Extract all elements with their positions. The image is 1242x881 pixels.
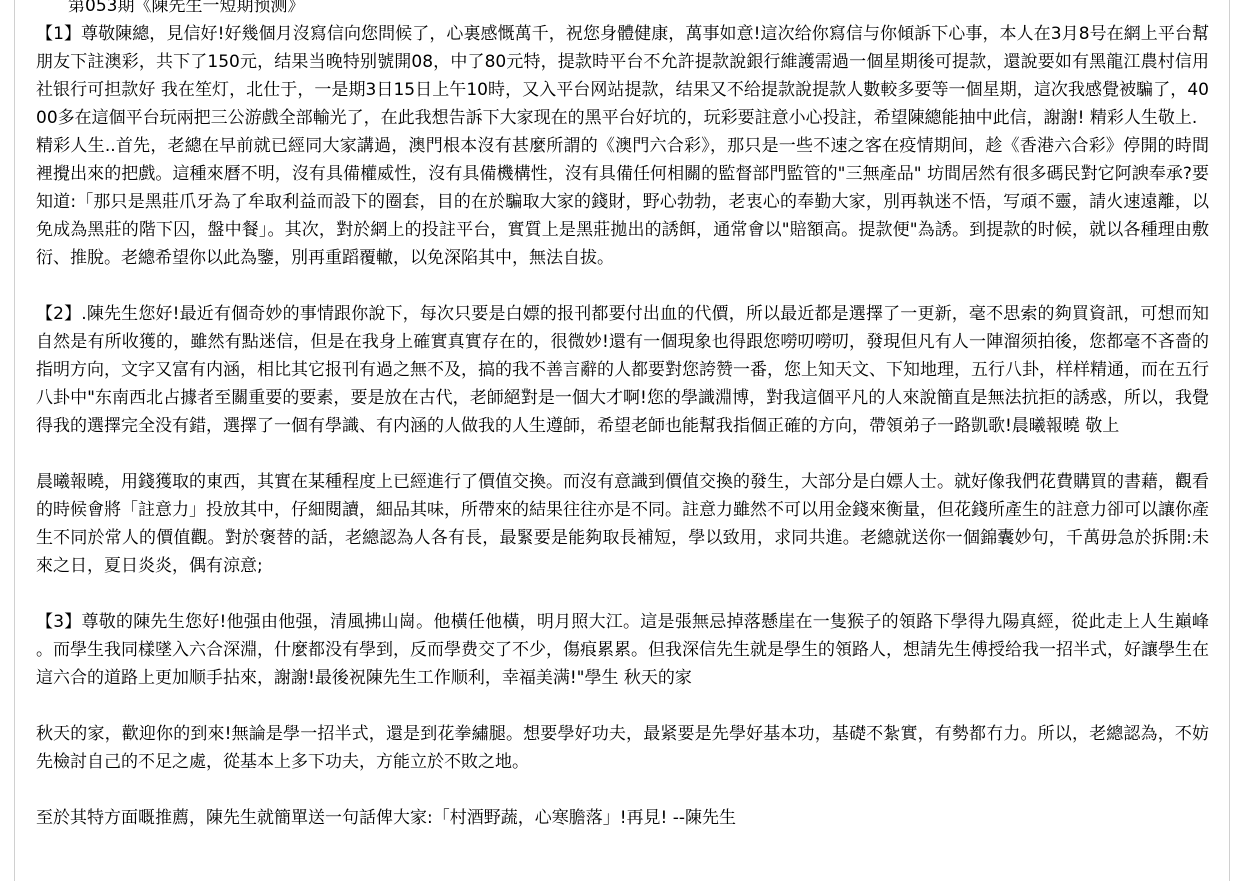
prediction-column-page: 第053期《陳先生一短期预测》 【1】尊敬陳總，見信好!好幾個月沒寫信向您問候了… <box>0 0 1242 881</box>
editor-reply-1: 精彩人生..首先，老總在早前就已經同大家講過，澳門根本沒有甚麼所謂的《澳門六合彩… <box>36 132 1209 272</box>
editor-reply-2: 晨曦報曉，用錢獲取的東西，其實在某種程度上已經進行了價值交換。而沒有意識到價值交… <box>36 468 1209 580</box>
issue-title: 第053期《陳先生一短期预测》 <box>36 0 1209 20</box>
reader-letter-1: 【1】尊敬陳總，見信好!好幾個月沒寫信向您問候了，心裏感慨萬千，祝您身體健康，萬… <box>36 20 1209 132</box>
letters-text-flow: 第053期《陳先生一短期预测》 【1】尊敬陳總，見信好!好幾個月沒寫信向您問候了… <box>36 0 1209 832</box>
closing-line: 至於其特方面嘅推薦，陳先生就簡單送一句話俾大家:「村酒野蔬，心寒膽落」!再見! … <box>36 804 1209 832</box>
editor-reply-3: 秋天的家，歡迎你的到來!無論是學一招半式，還是到花拳繡腿。想要學好功夫，最紧要是… <box>36 720 1209 776</box>
reader-letter-2: 【2】.陳先生您好!最近有個奇妙的事情跟你說下，每次只要是白嫖的报刊都要付出血的… <box>36 300 1209 440</box>
content-column: 第053期《陳先生一短期预测》 【1】尊敬陳總，見信好!好幾個月沒寫信向您問候了… <box>14 0 1230 881</box>
reader-letter-3: 【3】尊敬的陳先生您好!他强由他强，清風拂山崗。他橫任他橫，明月照大江。這是張無… <box>36 608 1209 692</box>
